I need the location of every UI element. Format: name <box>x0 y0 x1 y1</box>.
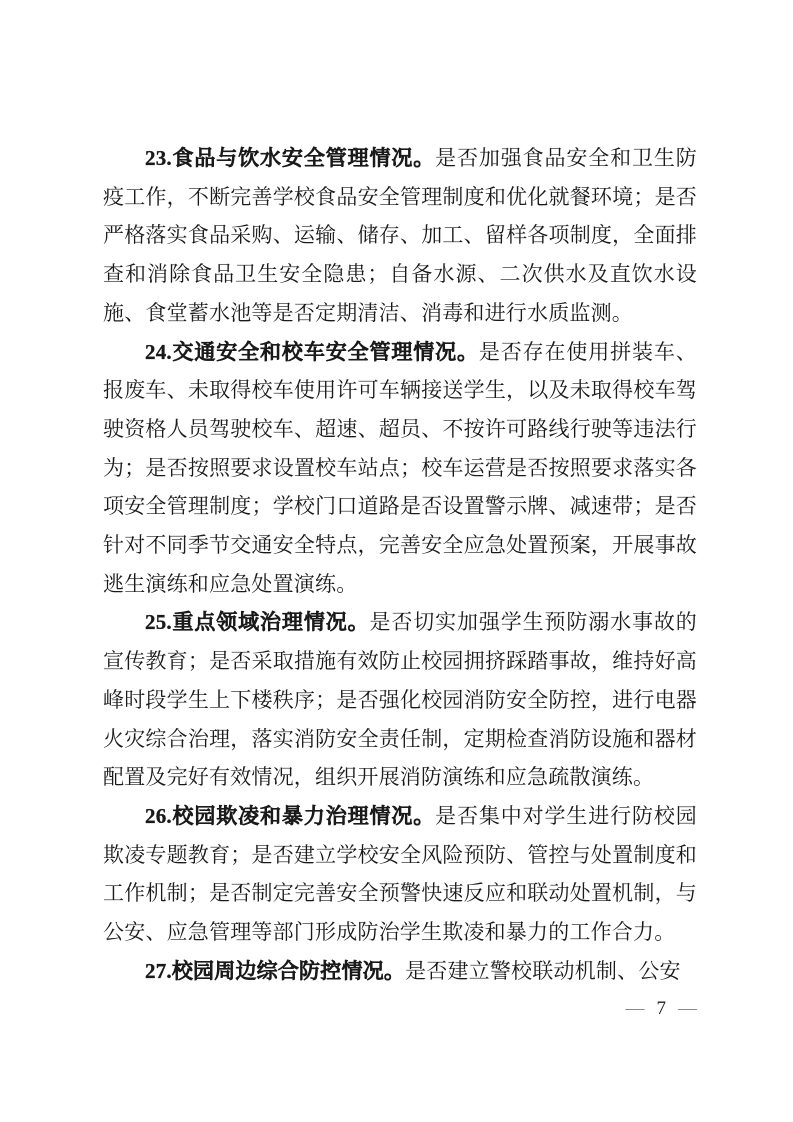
footer-left-dash: — <box>626 998 645 1019</box>
paragraph-24-body: 是否存在使用拼装车、报废车、未取得校车使用许可车辆接送学生，以及未取得校车驾驶资… <box>103 340 697 596</box>
paragraph-item-25: 25.重点领域治理情况。是否切实加强学生预防溺水事故的宣传教育；是否采取措施有效… <box>103 603 697 797</box>
paragraph-item-27: 27.校园周边综合防控情况。是否建立警校联动机制、公安 <box>103 952 697 991</box>
paragraph-25-heading: 25.重点领域治理情况。 <box>145 610 369 634</box>
paragraph-item-24: 24.交通安全和校车安全管理情况。是否存在使用拼装车、报废车、未取得校车使用许可… <box>103 333 697 604</box>
paragraph-27-heading: 27.校园周边综合防控情况。 <box>145 959 405 983</box>
document-body: 23.食品与饮水安全管理情况。是否加强食品安全和卫生防疫工作，不断完善学校食品安… <box>103 139 697 990</box>
document-page: 23.食品与饮水安全管理情况。是否加强食品安全和卫生防疫工作，不断完善学校食品安… <box>0 0 793 1122</box>
page-footer: —7— <box>626 998 698 1020</box>
paragraph-25-body: 是否切实加强学生预防溺水事故的宣传教育；是否采取措施有效防止校园拥挤踩踏事故，维… <box>103 610 697 789</box>
footer-right-dash: — <box>678 998 697 1019</box>
paragraph-item-23: 23.食品与饮水安全管理情况。是否加强食品安全和卫生防疫工作，不断完善学校食品安… <box>103 139 697 333</box>
paragraph-27-body: 是否建立警校联动机制、公安 <box>405 959 681 983</box>
paragraph-23-body: 是否加强食品安全和卫生防疫工作，不断完善学校食品安全管理制度和优化就餐环境；是否… <box>103 146 697 325</box>
paragraph-item-26: 26.校园欺凌和暴力治理情况。是否集中对学生进行防校园欺凌专题教育；是否建立学校… <box>103 797 697 952</box>
paragraph-23-heading: 23.食品与饮水安全管理情况。 <box>145 146 435 170</box>
paragraph-26-heading: 26.校园欺凌和暴力治理情况。 <box>145 804 435 828</box>
paragraph-24-heading: 24.交通安全和校车安全管理情况。 <box>145 340 479 364</box>
page-number: 7 <box>657 998 667 1019</box>
